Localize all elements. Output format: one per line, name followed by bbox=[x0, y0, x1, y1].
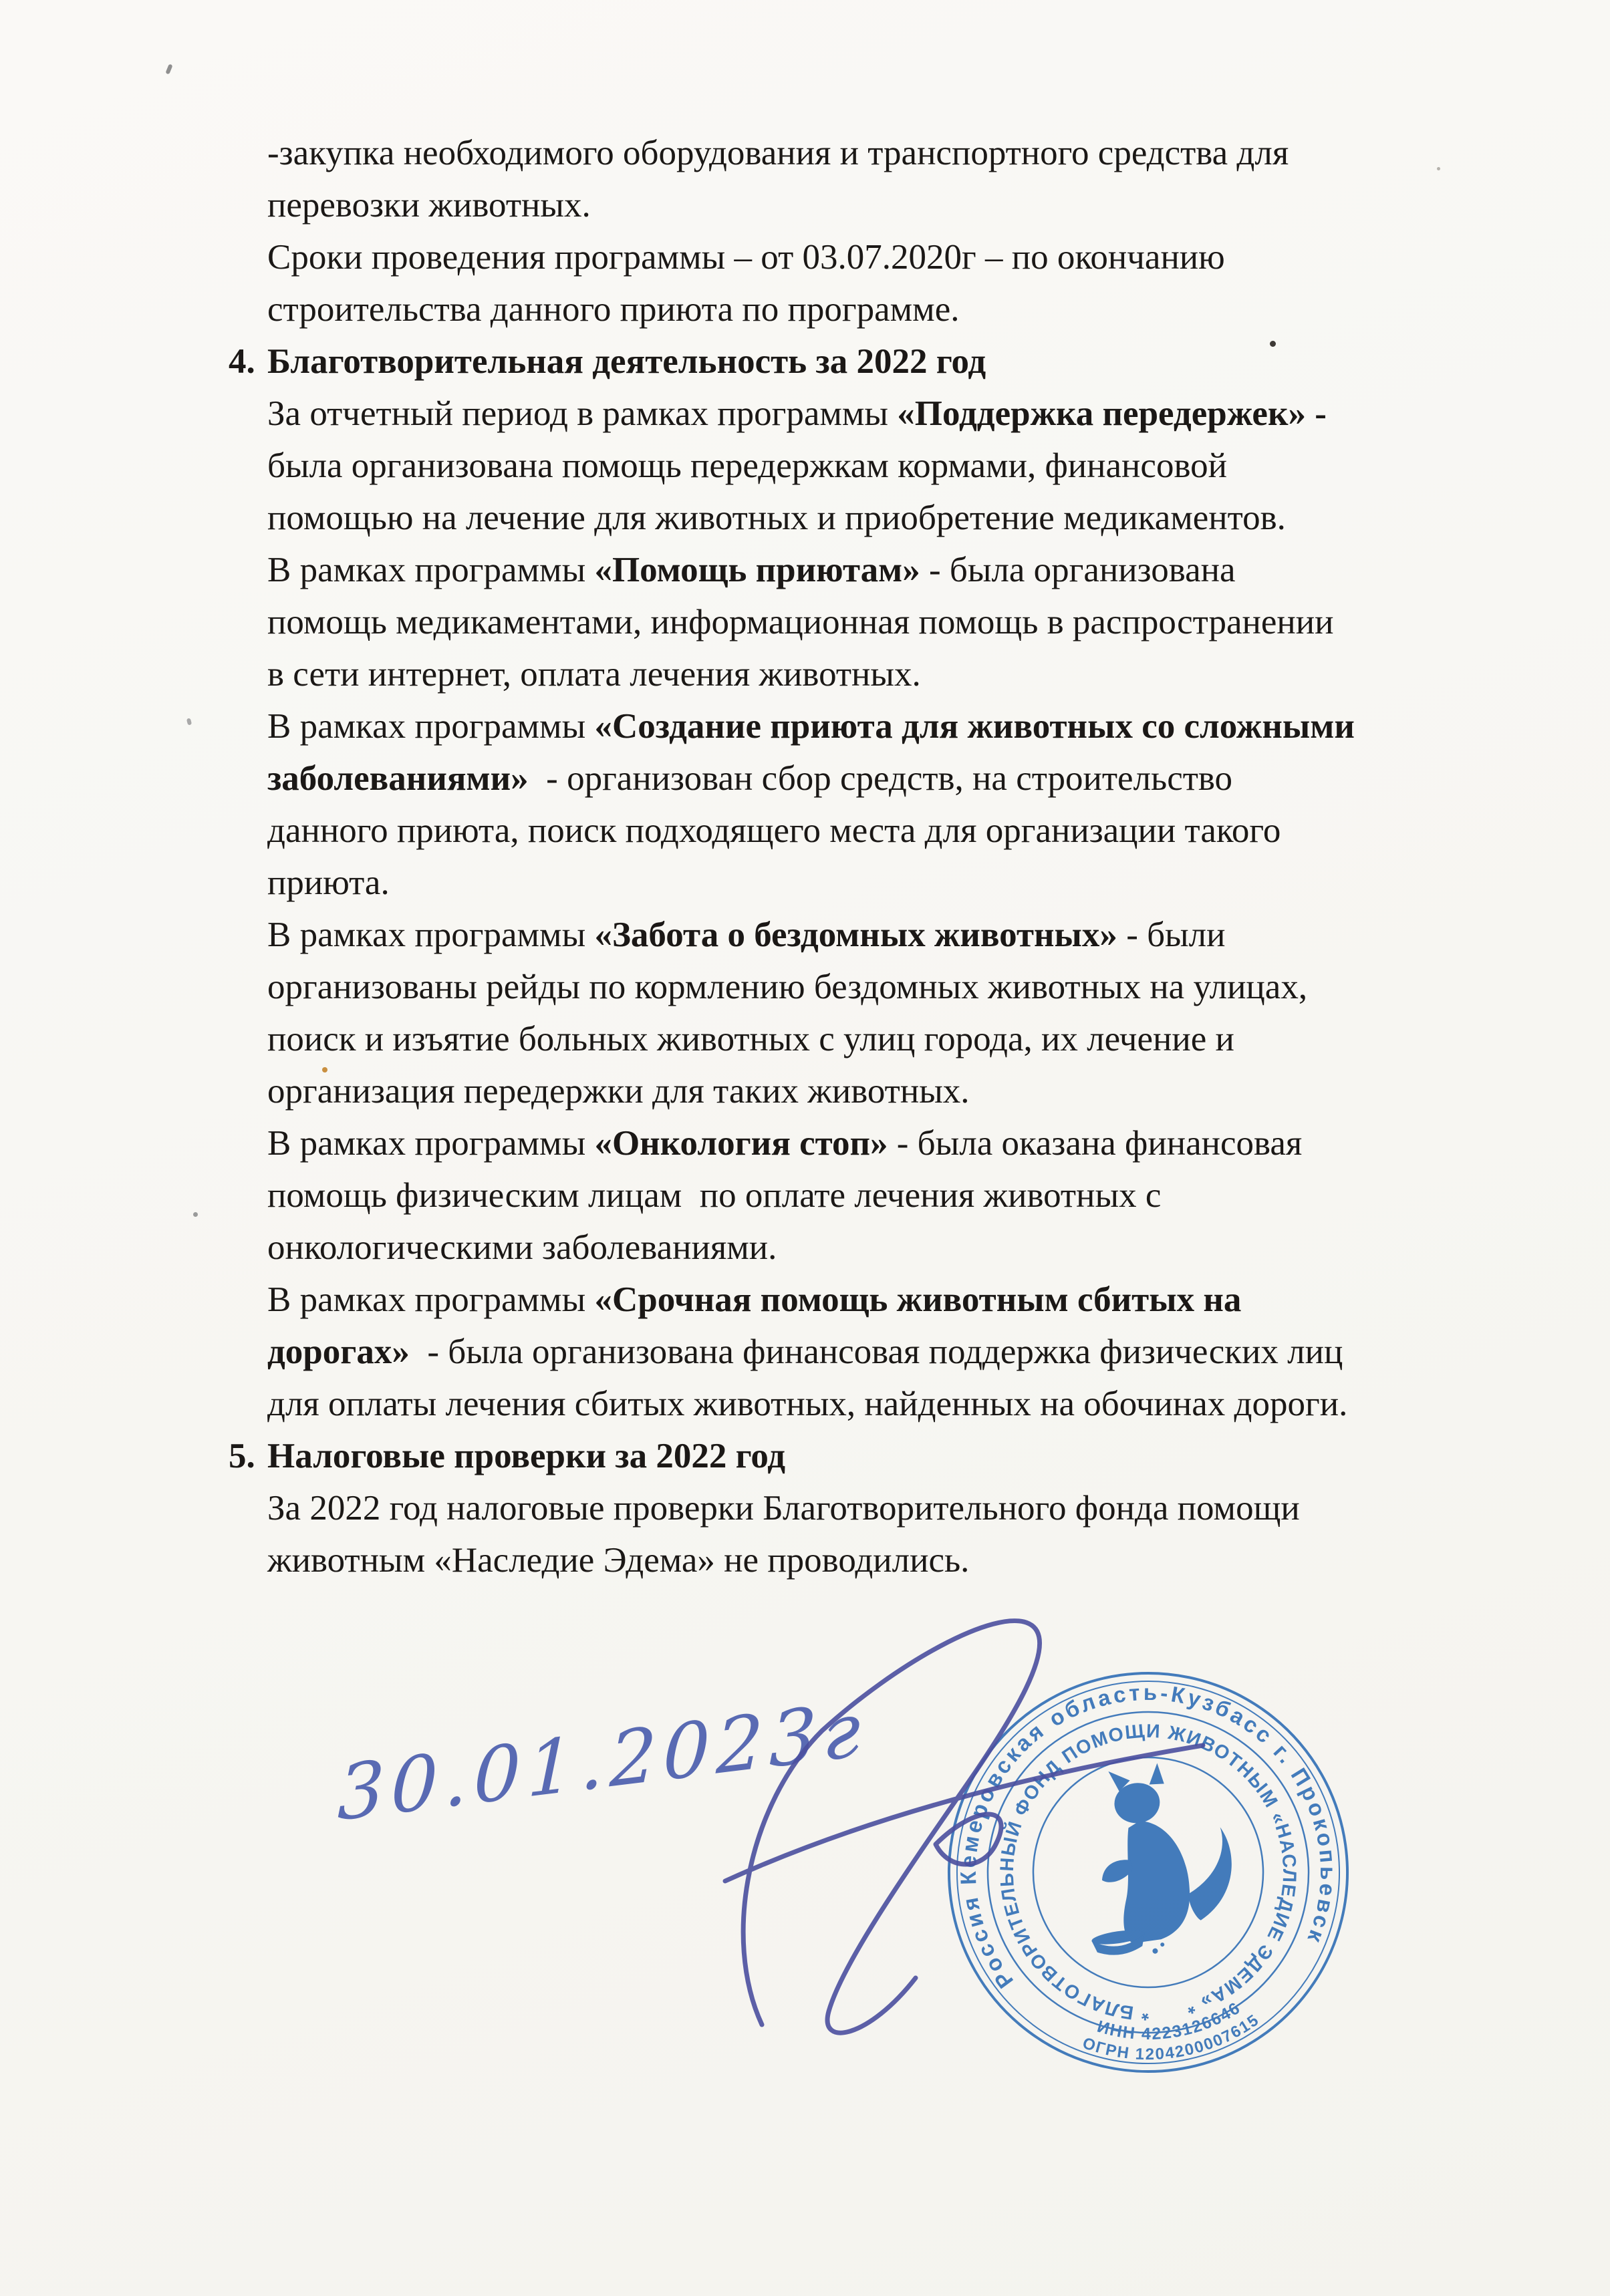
text-segment: В рамках программы bbox=[267, 915, 594, 954]
text-segment: для оплаты лечения сбитых животных, найд… bbox=[267, 1385, 1347, 1423]
doc-line: перевозки животных. bbox=[267, 179, 1470, 231]
text-segment: строительства данного приюта по программ… bbox=[267, 290, 959, 329]
text-segment: перевозки животных. bbox=[267, 186, 591, 225]
list-number: 5. bbox=[229, 1430, 255, 1482]
doc-line: приюта. bbox=[267, 857, 1470, 909]
text-segment: помощью на лечение для животных и приобр… bbox=[267, 498, 1286, 537]
doc-line: была организована помощь передержкам кор… bbox=[267, 440, 1470, 492]
text-segment: организованы рейды по кормлению бездомны… bbox=[267, 968, 1307, 1006]
text-segment: «Забота о бездомных животных» bbox=[594, 915, 1117, 954]
text-segment: - была организована финансовая поддержка… bbox=[410, 1332, 1343, 1371]
doc-line: организованы рейды по кормлению бездомны… bbox=[267, 961, 1470, 1013]
signature bbox=[675, 1577, 1236, 2071]
text-segment: В рамках программы bbox=[267, 1280, 594, 1319]
doc-line: помощью на лечение для животных и приобр… bbox=[267, 492, 1470, 544]
text-segment: организация передержки для таких животны… bbox=[267, 1072, 970, 1111]
text-segment: помощь медикаментами, информационная пом… bbox=[267, 603, 1334, 641]
scan-speck bbox=[186, 718, 192, 725]
doc-line: За 2022 год налоговые проверки Благотвор… bbox=[267, 1482, 1470, 1534]
text-segment: «Поддержка передержек» - bbox=[897, 394, 1327, 433]
text-segment: онкологическими заболеваниями. bbox=[267, 1228, 777, 1267]
doc-line: Сроки проведения программы – от 03.07.20… bbox=[267, 231, 1470, 283]
text-segment: «Онкология стоп» bbox=[594, 1124, 888, 1163]
doc-numbered-heading-line: 4.Благотворительная деятельность за 2022… bbox=[267, 335, 1470, 388]
doc-line: поиск и изъятие больных животных с улиц … bbox=[267, 1013, 1470, 1065]
doc-line: В рамках программы «Помощь приютам» - бы… bbox=[267, 544, 1470, 596]
text-segment: - была оказана финансовая bbox=[888, 1124, 1303, 1163]
doc-line: В рамках программы «Забота о бездомных ж… bbox=[267, 909, 1470, 961]
doc-line: для оплаты лечения сбитых животных, найд… bbox=[267, 1378, 1470, 1430]
scan-speck bbox=[322, 1067, 327, 1072]
text-segment: - была организована bbox=[920, 551, 1236, 589]
scan-speck bbox=[165, 63, 172, 74]
text-segment: - организован сбор средств, на строитель… bbox=[529, 759, 1232, 798]
doc-line: За отчетный период в рамках программы «П… bbox=[267, 388, 1470, 440]
doc-line: помощь медикаментами, информационная пом… bbox=[267, 596, 1470, 648]
text-segment: приюта. bbox=[267, 863, 390, 902]
doc-line: В рамках программы «Срочная помощь живот… bbox=[267, 1274, 1470, 1326]
doc-line: В рамках программы «Создание приюта для … bbox=[267, 700, 1470, 752]
text-segment: Налоговые проверки за 2022 год bbox=[267, 1437, 785, 1475]
text-segment: заболеваниями» bbox=[267, 759, 529, 798]
doc-line: -закупка необходимого оборудования и тра… bbox=[267, 127, 1470, 179]
text-segment: «Срочная помощь животным сбитых на bbox=[594, 1280, 1241, 1319]
text-segment: была организована помощь передержкам кор… bbox=[267, 446, 1227, 485]
doc-line: В рамках программы «Онкология стоп» - бы… bbox=[267, 1117, 1470, 1169]
scan-speck bbox=[193, 1212, 198, 1217]
doc-line: данного приюта, поиск подходящего места … bbox=[267, 805, 1470, 857]
document-lines: -закупка необходимого оборудования и тра… bbox=[267, 127, 1470, 1586]
text-segment: В рамках программы bbox=[267, 1124, 594, 1163]
scan-speck bbox=[1437, 167, 1440, 170]
doc-line: заболеваниями» - организован сбор средст… bbox=[267, 752, 1470, 805]
text-segment: В рамках программы bbox=[267, 707, 594, 746]
doc-line: дорогах» - была организована финансовая … bbox=[267, 1326, 1470, 1378]
doc-line: помощь физическим лицам по оплате лечени… bbox=[267, 1169, 1470, 1222]
text-segment: В рамках программы bbox=[267, 551, 594, 589]
doc-line: организация передержки для таких животны… bbox=[267, 1065, 1470, 1117]
scanned-document-page: -закупка необходимого оборудования и тра… bbox=[0, 0, 1610, 2296]
text-segment: помощь физическим лицам по оплате лечени… bbox=[267, 1176, 1161, 1215]
text-segment: Благотворительная деятельность за 2022 г… bbox=[267, 342, 986, 381]
doc-numbered-heading-line: 5.Налоговые проверки за 2022 год bbox=[267, 1430, 1470, 1482]
text-segment: -закупка необходимого оборудования и тра… bbox=[267, 134, 1289, 172]
text-segment: животным «Наследие Эдема» не проводились… bbox=[267, 1541, 969, 1580]
text-segment: дорогах» bbox=[267, 1332, 410, 1371]
list-number: 4. bbox=[229, 335, 255, 388]
text-segment: - были bbox=[1117, 915, 1226, 954]
text-segment: Сроки проведения программы – от 03.07.20… bbox=[267, 238, 1225, 277]
text-segment: данного приюта, поиск подходящего места … bbox=[267, 811, 1281, 850]
text-segment: в сети интернет, оплата лечения животных… bbox=[267, 655, 921, 694]
text-segment: За 2022 год налоговые проверки Благотвор… bbox=[267, 1489, 1300, 1528]
text-segment: «Создание приюта для животных со сложным… bbox=[594, 707, 1354, 746]
doc-line: строительства данного приюта по программ… bbox=[267, 283, 1470, 335]
doc-line: онкологическими заболеваниями. bbox=[267, 1222, 1470, 1274]
text-segment: За отчетный период в рамках программы bbox=[267, 394, 897, 433]
text-segment: поиск и изъятие больных животных с улиц … bbox=[267, 1020, 1234, 1058]
scan-speck bbox=[1270, 341, 1276, 347]
text-segment: «Помощь приютам» bbox=[594, 551, 920, 589]
doc-line: в сети интернет, оплата лечения животных… bbox=[267, 648, 1470, 700]
